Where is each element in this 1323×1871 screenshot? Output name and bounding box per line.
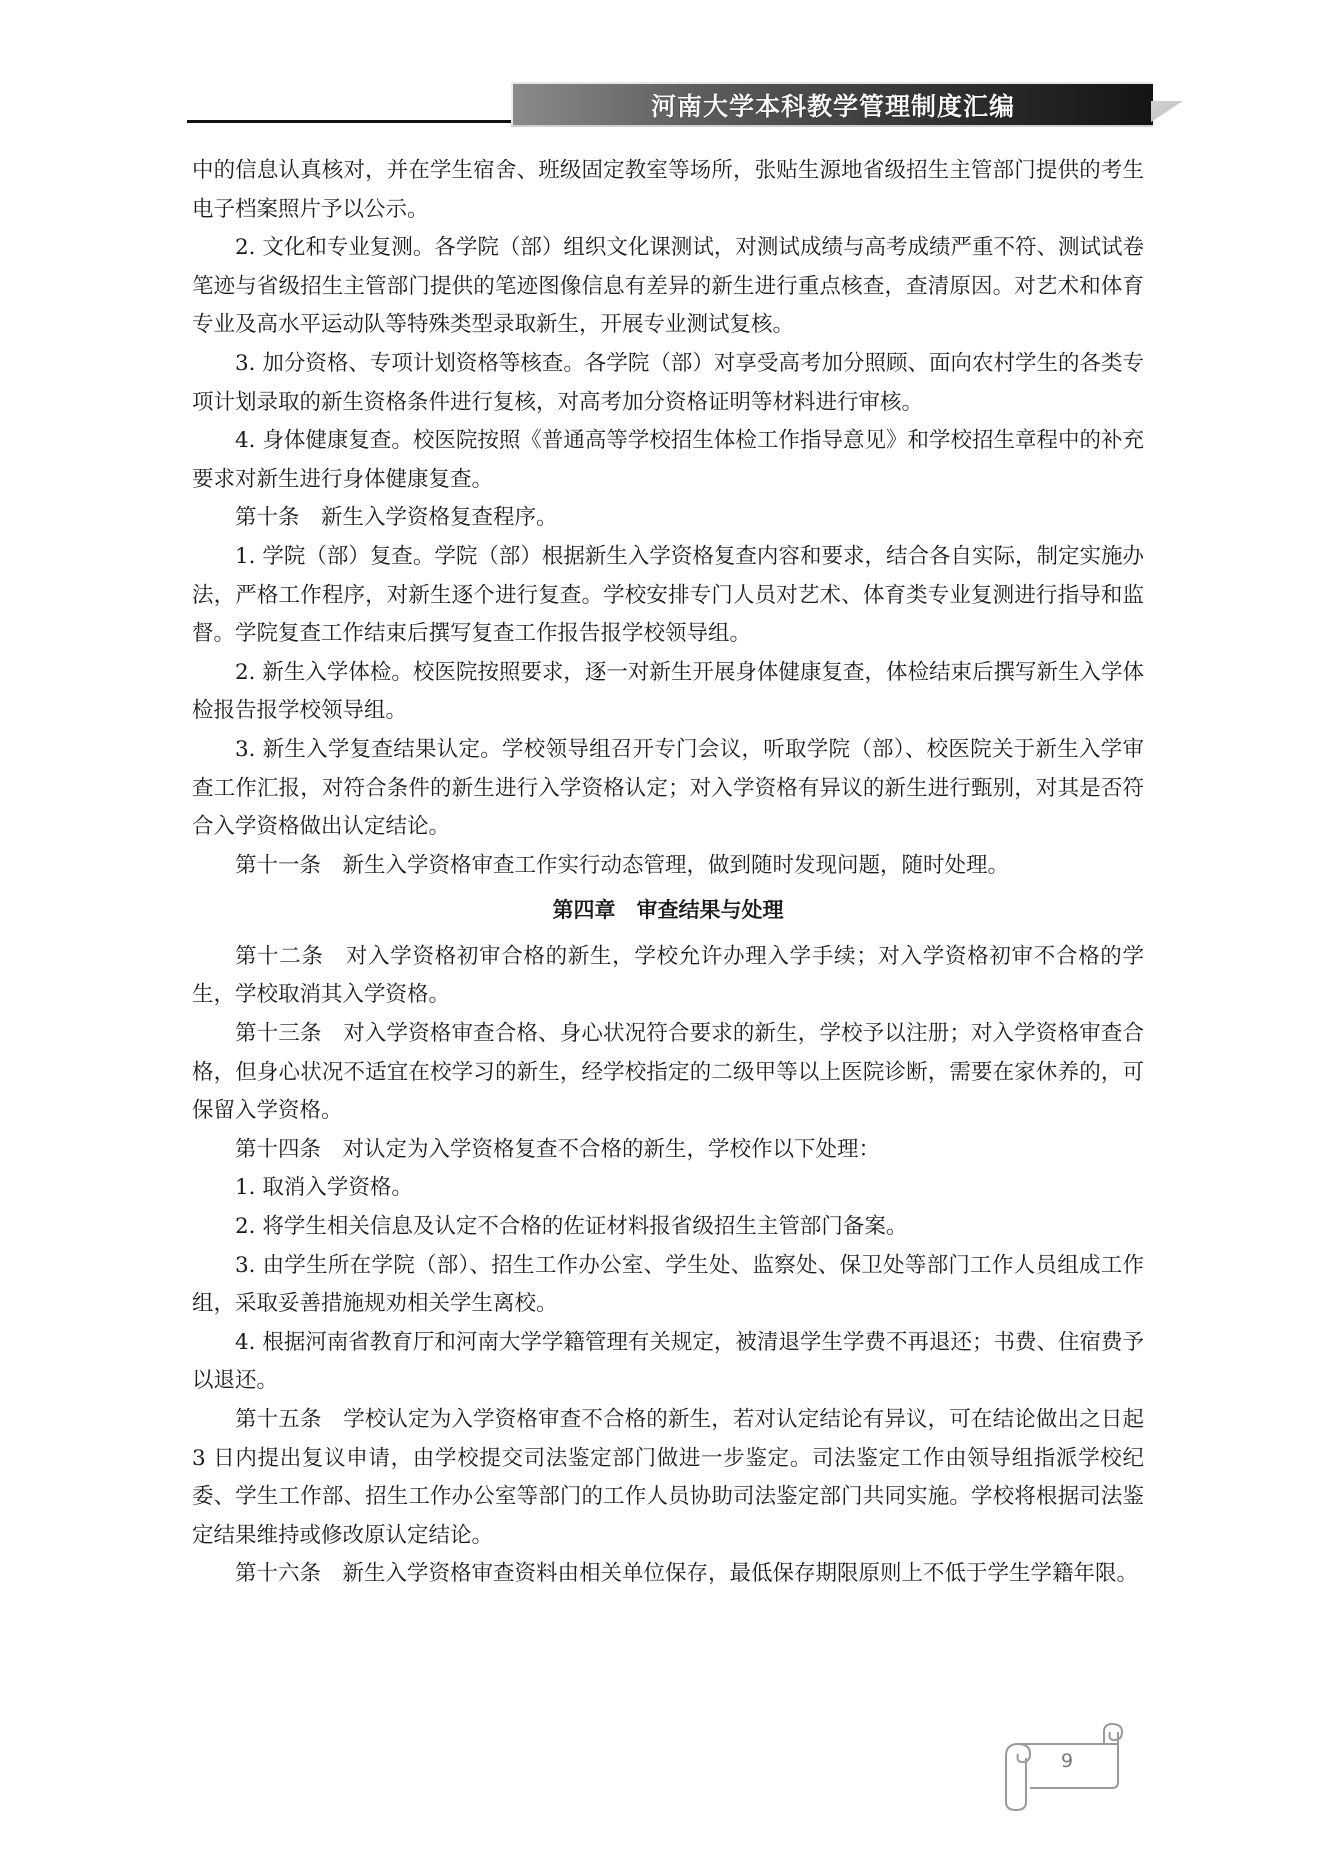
paragraph: 3. 新生入学复查结果认定。学校领导组召开专门会议，听取学院（部）、校医院关于新… [192, 731, 1144, 847]
list-item: 2. 将学生相关信息及认定不合格的佐证材料报省级招生主管部门备案。 [192, 1208, 1144, 1247]
paragraph: 第十三条 对入学资格审查合格、身心状况符合要求的新生，学校予以注册；对入学资格审… [192, 1015, 1144, 1131]
paragraph: 1. 学院（部）复查。学院（部）根据新生入学资格复查内容和要求，结合各自实际，制… [192, 538, 1144, 654]
list-item: 3. 由学生所在学院（部）、招生工作办公室、学生处、监察处、保卫处等部门工作人员… [192, 1247, 1144, 1324]
paragraph: 第十二条 对入学资格初审合格的新生，学校允许办理入学手续；对入学资格初审不合格的… [192, 938, 1144, 1015]
document-body: 中的信息认真核对，并在学生宿舍、班级固定教室等场所，张贴生源地省级招生主管部门提… [192, 152, 1144, 1594]
chapter-heading: 第四章 审查结果与处理 [192, 891, 1144, 930]
list-item: 4. 根据河南省教育厅和河南大学学籍管理有关规定，被清退学生学费不再退还；书费、… [192, 1324, 1144, 1401]
paragraph: 3. 加分资格、专项计划资格等核查。各学院（部）对享受高考加分照顾、面向农村学生… [192, 345, 1144, 422]
paragraph: 第十四条 对认定为入学资格复查不合格的新生，学校作以下处理： [192, 1131, 1144, 1170]
paragraph: 第十六条 新生入学资格审查资料由相关单位保存，最低保存期限原则上不低于学生学籍年… [192, 1555, 1144, 1594]
header-banner: 河南大学本科教学管理制度汇编 [511, 82, 1153, 125]
paragraph: 4. 身体健康复查。校医院按照《普通高等学校招生体检工作指导意见》和学校招生章程… [192, 422, 1144, 499]
article-heading: 第十条 新生入学资格复查程序。 [192, 499, 1144, 538]
paragraph: 第十五条 学校认定为入学资格审查不合格的新生，若对认定结论有异议，可在结论做出之… [192, 1401, 1144, 1555]
paragraph: 2. 文化和专业复测。各学院（部）组织文化课测试，对测试成绩与高考成绩严重不符、… [192, 229, 1144, 345]
paragraph: 第十一条 新生入学资格审查工作实行动态管理，做到随时发现问题，随时处理。 [192, 847, 1144, 886]
header-title: 河南大学本科教学管理制度汇编 [651, 87, 1015, 123]
list-item: 1. 取消入学资格。 [192, 1169, 1144, 1208]
header-rule [187, 120, 513, 123]
paragraph: 2. 新生入学体检。校医院按照要求，逐一对新生开展身体健康复查，体检结束后撰写新… [192, 654, 1144, 731]
paragraph: 中的信息认真核对，并在学生宿舍、班级固定教室等场所，张贴生源地省级招生主管部门提… [192, 152, 1144, 229]
header-banner-fold [1151, 101, 1183, 122]
page-number: 9 [1052, 1750, 1082, 1772]
